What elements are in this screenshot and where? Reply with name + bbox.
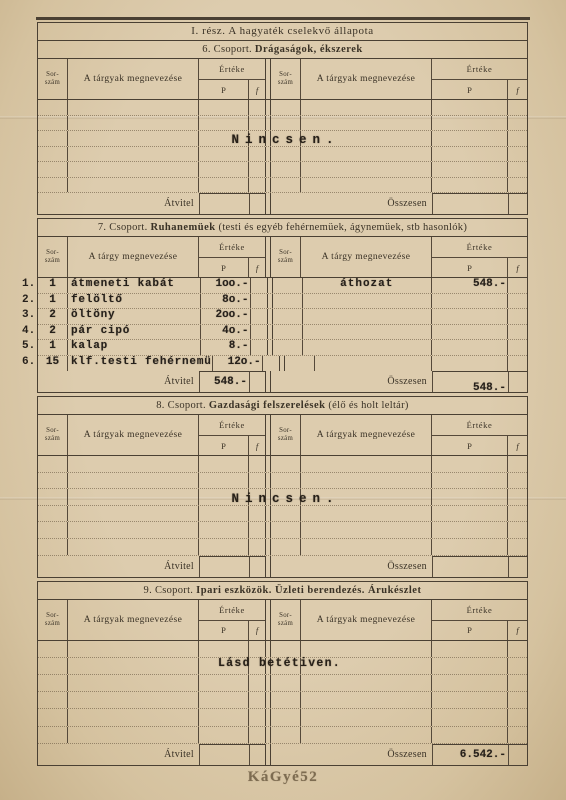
col-filler: f [249,258,265,277]
empty-row [38,727,527,744]
table-footer: Átvitel 548.- Összesen 548.- [38,371,527,392]
col-pengo: P [199,258,249,277]
table-footer: Átvitel Összesen [38,556,527,577]
section-9-title: 9. Csoport. Ipari eszközök. Üzleti beren… [38,582,527,600]
table-header: Sor-szám A tárgyak megnevezése Értéke Pf… [38,600,527,641]
col-value-header: Értéke Pf [199,600,265,640]
section-8-title: 8. Csoport. Gazdasági felszerelések (élő… [38,397,527,415]
total-value: 6.542.- [432,744,508,765]
entry-serial: 4. [22,325,38,337]
nincsen-stamp: Nincsen. [38,492,527,506]
col-filler: f [508,436,527,455]
section-name: Gazdasági felszerelések [209,400,326,411]
col-items-header: A tárgyak megnevezése [68,415,199,455]
col-filler: f [508,80,527,99]
entry-serial: 2. [22,294,38,306]
col-items-header: A tárgyak megnevezése [301,59,432,99]
form-print-mark: KáGyé52 [0,769,566,786]
entry-qty: 1 [38,340,68,355]
entry-name: öltöny [68,309,201,324]
entry-value: 8.- [201,340,251,355]
entry-value: 8o.- [201,294,251,309]
section-number: 8. Csoport. [156,400,206,411]
col-pengo: P [432,621,508,640]
col-pengo: P [432,436,508,455]
total-value [432,193,508,214]
col-pengo: P [432,258,508,277]
col-serial-header: Sor-szám [271,415,301,455]
carryover-value: 548.- [432,278,508,293]
col-filler: f [508,258,527,277]
total-value: 548.- [432,371,508,392]
col-filler: f [249,436,265,455]
table-body: 1. 1 átmeneti kabát 1oo.- áthozat 548.- … [38,278,527,371]
table-body: Lásd betétiven. [38,641,527,744]
part-title: I. rész. A hagyaték cselekvő állapota [38,23,527,41]
empty-row [38,178,527,194]
entry-qty: 1 [38,294,68,309]
col-pengo: P [199,436,249,455]
section-9-ipari: 9. Csoport. Ipari eszközök. Üzleti beren… [37,581,528,766]
col-items-header: A tárgy megnevezése [301,237,432,277]
empty-row [38,522,527,539]
col-serial-header: Sor-szám [38,59,68,99]
col-serial-header: Sor-szám [271,59,301,99]
section-suffix: (testi és egyéb fehérnemüek, ágynemüek, … [216,222,468,233]
carryover-label: áthozat [303,278,433,293]
col-value-header: Értéke Pf [199,59,265,99]
col-filler: f [249,621,265,640]
empty-row [38,473,527,490]
entry-name: felöltő [68,294,201,309]
empty-row [38,539,527,556]
see-attachment-stamp: Lásd betétiven. [32,657,521,670]
total-label: Összesen [301,744,432,765]
section-number: 9. Csoport. [144,585,194,596]
section-6-dragasagok: I. rész. A hagyaték cselekvő állapota 6.… [37,22,528,215]
total-label: Összesen [301,371,432,392]
table-body: Nincsen. [38,456,527,556]
empty-row [38,675,527,692]
entry-row: 5. 1 kalap 8.- [38,340,527,356]
entry-name: átmeneti kabát [68,278,201,293]
col-value-header: Értéke Pf [199,237,265,277]
entry-value: 4o.- [201,325,251,340]
carry-value [199,556,249,577]
carry-value [199,744,249,765]
entry-row: 3. 2 öltöny 2oo.- [38,309,527,325]
col-serial-header: Sor-szám [38,600,68,640]
section-suffix: (élő és holt leltár) [325,400,408,411]
entry-value: 2oo.- [201,309,251,324]
carry-label: Átvitel [68,371,199,392]
entry-serial: 1. [22,278,38,290]
entry-name: klf.testi fehérnemü [68,356,213,372]
carry-value: 548.- [199,371,249,392]
entry-serial: 3. [22,309,38,321]
entry-value: 12o.- [213,356,263,372]
empty-row [38,506,527,523]
entry-qty: 2 [38,309,68,324]
section-number: 6. Csoport. [202,44,252,55]
nincsen-stamp: Nincsen. [38,133,527,147]
empty-row [38,456,527,473]
col-items-header: A tárgyak megnevezése [301,415,432,455]
col-serial-header: Sor-szám [38,415,68,455]
col-pengo: P [432,80,508,99]
section-6-title: 6. Csoport. Drágaságok, ékszerek [38,41,527,59]
col-serial-header: Sor-szám [38,237,68,277]
document-page: I. rész. A hagyaték cselekvő állapota 6.… [0,0,566,800]
entry-row: 2. 1 felöltő 8o.- [38,294,527,310]
total-value [432,556,508,577]
table-header: Sor-szám A tárgyak megnevezése Értéke Pf… [38,59,527,100]
col-filler: f [508,621,527,640]
col-serial-header: Sor-szám [271,237,301,277]
empty-row [38,709,527,726]
inventory-form: I. rész. A hagyaték cselekvő állapota 6.… [37,22,528,769]
empty-row [38,116,527,132]
col-items-header: A tárgy megnevezése [68,237,199,277]
entry-row: 6. 15 klf.testi fehérnemü 12o.- [38,356,527,372]
col-items-header: A tárgyak megnevezése [68,59,199,99]
col-value-header: Értéke Pf [432,415,527,455]
section-name: Ruhanemüek [151,222,216,233]
col-value-header: Értéke Pf [432,600,527,640]
total-label: Összesen [301,556,432,577]
empty-row [38,162,527,178]
entry-value: 1oo.- [201,278,251,293]
col-serial-header: Sor-szám [271,600,301,640]
col-pengo: P [199,80,249,99]
entry-qty: 15 [38,356,68,372]
col-pengo: P [199,621,249,640]
col-filler: f [249,80,265,99]
empty-row [38,147,527,163]
section-name: Ipari eszközök. Üzleti berendezés. Áruké… [196,585,421,596]
entry-qty: 1 [38,278,68,293]
entry-serial: 5. [22,340,38,352]
col-items-header: A tárgyak megnevezése [68,600,199,640]
total-label: Összesen [301,193,432,214]
section-number: 7. Csoport. [98,222,148,233]
table-footer: Átvitel Összesen [38,193,527,214]
section-8-gazdasagi: 8. Csoport. Gazdasági felszerelések (élő… [37,396,528,578]
col-items-header: A tárgyak megnevezése [301,600,432,640]
empty-row [38,641,527,658]
carry-label: Átvitel [68,193,199,214]
entry-qty: 2 [38,325,68,340]
section-7-ruhanemuek: 7. Csoport. Ruhanemüek (testi és egyéb f… [37,218,528,393]
entry-name: pár cipó [68,325,201,340]
table-header: Sor-szám A tárgy megnevezése Értéke Pf S… [38,237,527,278]
carry-label: Átvitel [68,744,199,765]
table-footer: Átvitel Összesen 6.542.- [38,744,527,765]
entry-serial: 6. [22,356,38,368]
section-7-title: 7. Csoport. Ruhanemüek (testi és egyéb f… [38,219,527,237]
table-header: Sor-szám A tárgyak megnevezése Értéke Pf… [38,415,527,456]
carry-label: Átvitel [68,556,199,577]
empty-row [38,692,527,709]
carry-value [199,193,249,214]
section-name: Drágaságok, ékszerek [255,44,363,55]
entry-row: 4. 2 pár cipó 4o.- [38,325,527,341]
entry-row: 1. 1 átmeneti kabát 1oo.- áthozat 548.- [38,278,527,294]
col-value-header: Értéke Pf [432,59,527,99]
table-body: Nincsen. [38,100,527,193]
col-value-header: Értéke Pf [199,415,265,455]
entry-name: kalap [68,340,201,355]
top-rule [36,17,530,20]
empty-row [38,100,527,116]
col-value-header: Értéke Pf [432,237,527,277]
